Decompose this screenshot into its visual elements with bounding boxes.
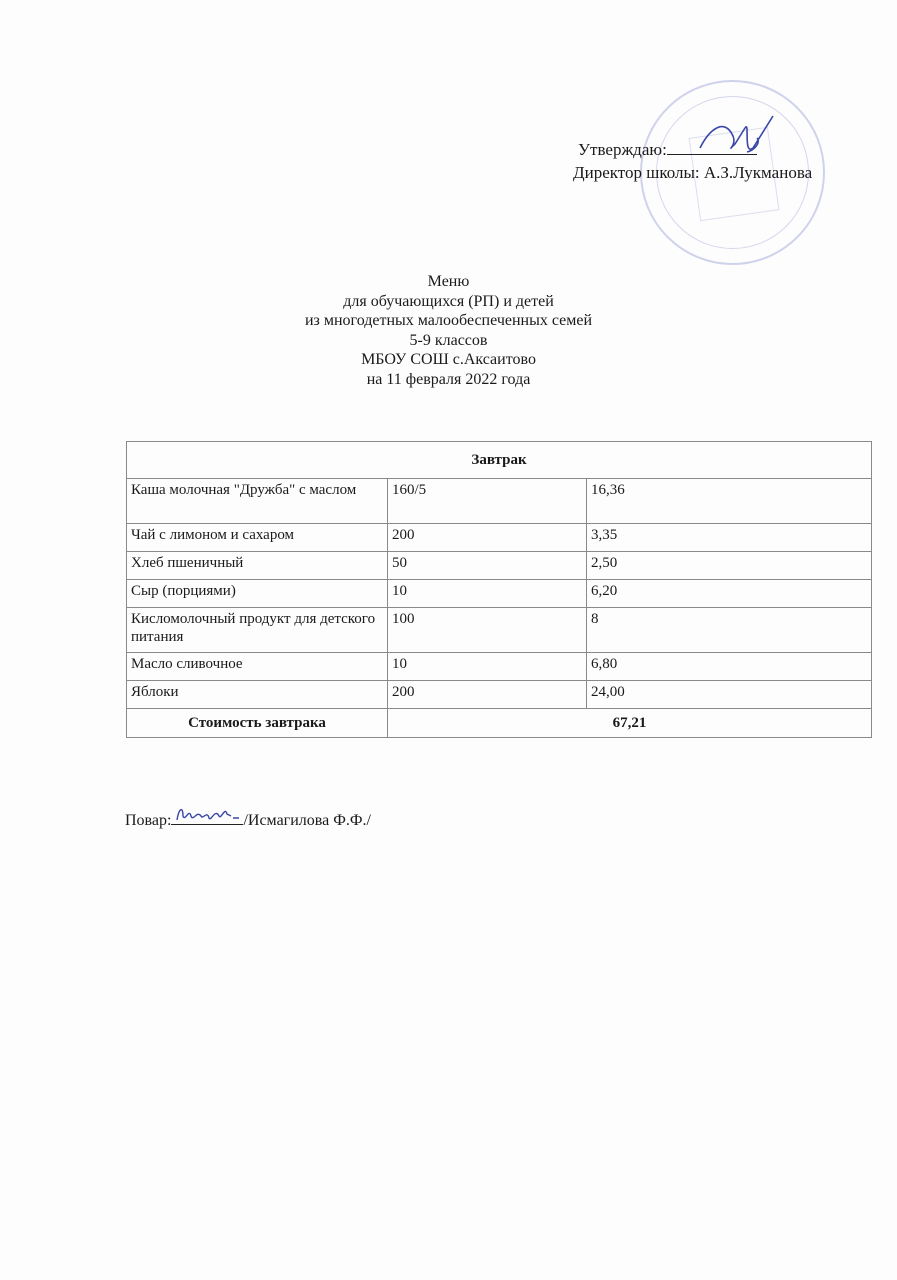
table-row: Чай с лимоном и сахаром 200 3,35 [127,524,872,552]
dish-cell: Яблоки [127,681,388,709]
dish-cell: Кисломолочный продукт для детского питан… [127,608,388,653]
document-title: Меню для обучающихся (РП) и детей из мно… [0,272,897,389]
portion-cell: 10 [388,580,587,608]
dish-cell: Масло сливочное [127,653,388,681]
director-label: Директор школы: [573,163,700,182]
table-row: Каша молочная "Дружба" с маслом 160/5 16… [127,479,872,524]
section-header: Завтрак [127,442,872,479]
price-cell: 2,50 [587,552,872,580]
total-row: Стоимость завтрака 67,21 [127,709,872,738]
price-cell: 16,36 [587,479,872,524]
price-cell: 6,20 [587,580,872,608]
cook-signature-line [171,808,243,825]
title-line-1: Меню [0,272,897,292]
total-value: 67,21 [388,709,872,738]
signature-line [667,140,757,155]
cook-line: Повар:/Исмагилова Ф.Ф./ [125,808,371,830]
portion-cell: 100 [388,608,587,653]
portion-cell: 10 [388,653,587,681]
dish-cell: Каша молочная "Дружба" с маслом [127,479,388,524]
title-line-2: для обучающихся (РП) и детей [0,292,897,312]
price-cell: 8 [587,608,872,653]
price-cell: 6,80 [587,653,872,681]
title-line-4: 5-9 классов [0,331,897,351]
price-cell: 24,00 [587,681,872,709]
portion-cell: 50 [388,552,587,580]
dish-cell: Чай с лимоном и сахаром [127,524,388,552]
table-row: Масло сливочное 10 6,80 [127,653,872,681]
cook-name: /Исмагилова Ф.Ф./ [243,812,371,829]
total-label: Стоимость завтрака [127,709,388,738]
title-line-3: из многодетных малообеспеченных семей [0,311,897,331]
menu-table: Завтрак Каша молочная "Дружба" с маслом … [126,441,872,738]
portion-cell: 160/5 [388,479,587,524]
portion-cell: 200 [388,681,587,709]
cook-signature [173,802,243,824]
approve-label: Утверждаю: [578,140,667,159]
table-row: Яблоки 200 24,00 [127,681,872,709]
dish-cell: Хлеб пшеничный [127,552,388,580]
director-name: А.З.Лукманова [704,163,812,182]
title-line-5: МБОУ СОШ с.Аксаитово [0,350,897,370]
director-line: Директор школы: А.З.Лукманова [573,163,812,183]
approval-line: Утверждаю: [578,140,757,160]
cook-label: Повар: [125,812,171,829]
table-row: Кисломолочный продукт для детского питан… [127,608,872,653]
table-row: Сыр (порциями) 10 6,20 [127,580,872,608]
portion-cell: 200 [388,524,587,552]
section-header-row: Завтрак [127,442,872,479]
title-line-6: на 11 февраля 2022 года [0,370,897,390]
table-row: Хлеб пшеничный 50 2,50 [127,552,872,580]
price-cell: 3,35 [587,524,872,552]
dish-cell: Сыр (порциями) [127,580,388,608]
